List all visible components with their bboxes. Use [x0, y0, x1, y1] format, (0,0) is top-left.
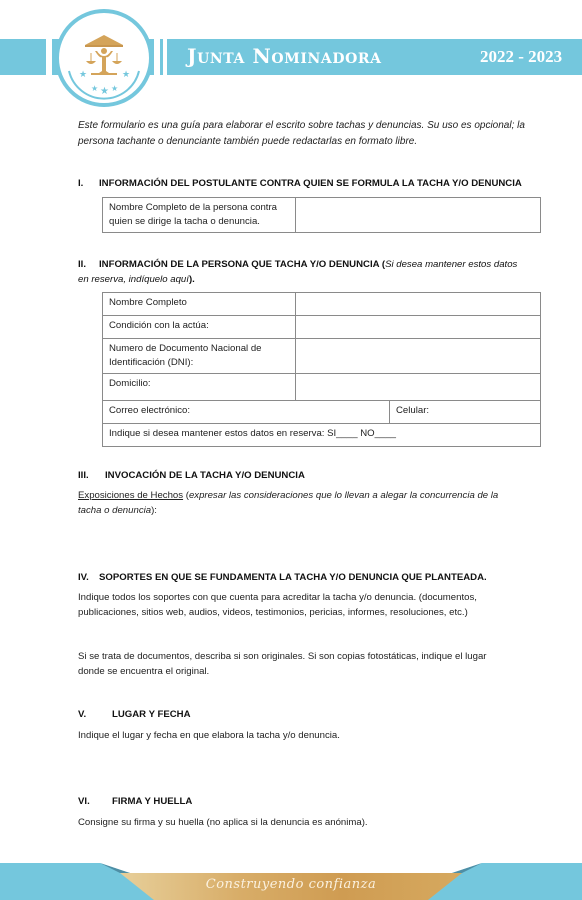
section-number: II.	[78, 258, 99, 273]
supports-paragraph: Indique todos los soportes con que cuent…	[78, 591, 508, 620]
phone-field[interactable]: Celular:	[390, 401, 541, 424]
facts-label: Exposiciones de Hechos	[78, 490, 183, 501]
signature-paragraph: Consigne su firma y su huella (no aplica…	[78, 816, 518, 831]
header-divider	[163, 36, 167, 78]
address-label: Domicilio:	[103, 374, 296, 401]
accused-name-field[interactable]	[296, 198, 541, 233]
section-number: VI.	[78, 796, 112, 807]
header-years: 2022 - 2023	[480, 47, 562, 67]
place-date-paragraph: Indique el lugar y fecha en que elabora …	[78, 729, 518, 744]
section-number: IV.	[78, 572, 99, 583]
section-title: SOPORTES EN QUE SE FUNDAMENTA LA TACHA Y…	[99, 572, 487, 583]
section-1-heading: I.INFORMACIÓN DEL POSTULANTE CONTRA QUIE…	[78, 178, 522, 189]
svg-text:★: ★	[91, 84, 98, 93]
footer-banner: Construyendo confianza	[0, 863, 582, 900]
email-field[interactable]: Correo electrónico:	[103, 401, 390, 424]
header-title: Junta Nominadora	[187, 44, 382, 68]
facts-prompt: Exposiciones de Hechos (expresar las con…	[78, 489, 518, 518]
section-number: V.	[78, 709, 112, 720]
full-name-field[interactable]	[296, 293, 541, 316]
reserve-field[interactable]: Indique si desea mantener estos datos en…	[103, 424, 541, 447]
section-title: INVOCACIÓN DE LA TACHA Y/O DENUNCIA	[105, 470, 305, 481]
section-6-heading: VI.FIRMA Y HUELLA	[78, 796, 192, 807]
full-name-label: Nombre Completo	[103, 293, 296, 316]
condition-label: Condición con la actúa:	[103, 316, 296, 339]
accused-info-table: Nombre Completo de la persona contra qui…	[102, 197, 541, 233]
section-4-heading: IV.SOPORTES EN QUE SE FUNDAMENTA LA TACH…	[78, 572, 487, 583]
complainant-info-table: Nombre Completo Condición con la actúa: …	[102, 292, 541, 447]
accused-name-label: Nombre Completo de la persona contra qui…	[103, 198, 296, 233]
section-number: I.	[78, 178, 99, 189]
svg-text:★: ★	[79, 69, 87, 79]
section-number: III.	[78, 470, 105, 481]
logo: ★ ★ ★ ★ ★	[55, 9, 153, 107]
section-title: LUGAR Y FECHA	[112, 709, 191, 720]
section-2-heading: II.INFORMACIÓN DE LA PERSONA QUE TACHA Y…	[78, 258, 518, 287]
condition-field[interactable]	[296, 316, 541, 339]
intro-text: Este formulario es una guía para elabora…	[78, 118, 528, 149]
footer-slogan: Construyendo confianza	[0, 877, 582, 892]
dni-label: Numero de Documento Nacional de Identifi…	[103, 339, 296, 374]
section-3-heading: III.INVOCACIÓN DE LA TACHA Y/O DENUNCIA	[78, 470, 305, 481]
svg-text:★: ★	[111, 84, 118, 93]
section-title: FIRMA Y HUELLA	[112, 796, 192, 807]
section-title: INFORMACIÓN DE LA PERSONA QUE TACHA Y/O …	[99, 259, 379, 270]
dni-field[interactable]	[296, 339, 541, 374]
svg-text:★: ★	[100, 86, 109, 97]
section-title: INFORMACIÓN DEL POSTULANTE CONTRA QUIEN …	[99, 178, 522, 189]
svg-text:★: ★	[122, 69, 130, 79]
address-field[interactable]	[296, 374, 541, 401]
section-5-heading: V.LUGAR Y FECHA	[78, 709, 191, 720]
documents-paragraph: Si se trata de documentos, describa si s…	[78, 650, 508, 679]
scales-of-justice-icon: ★ ★ ★ ★ ★	[55, 9, 153, 107]
